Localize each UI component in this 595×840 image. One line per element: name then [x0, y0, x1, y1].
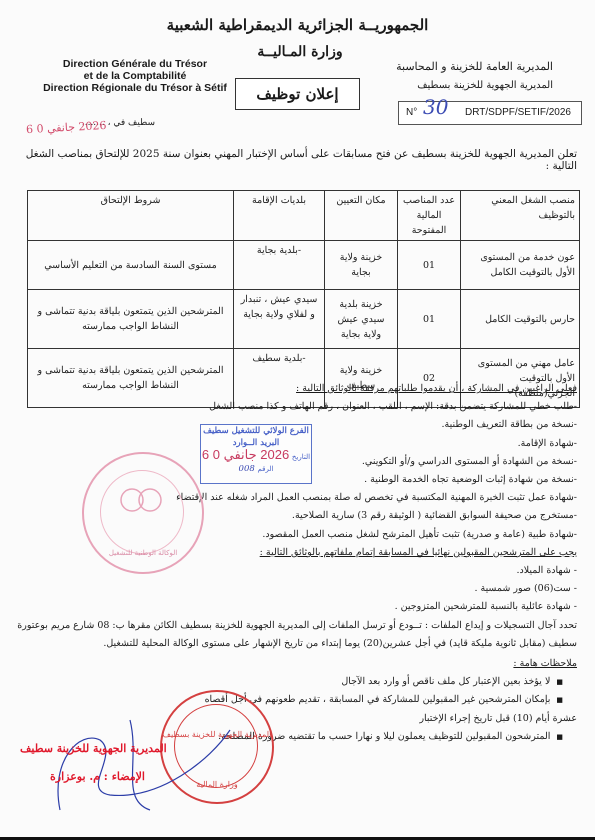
- document-page: الجمهوريــة الجزائرية الديمقراطية الشعبي…: [0, 0, 595, 840]
- reception-office: الفرع الولائي للتشغيل سطيف: [201, 425, 311, 437]
- announcement-title: إعلان توظيف: [235, 78, 360, 110]
- col-header-job: منصب الشغل المعني بالتوظيف: [461, 191, 580, 241]
- reception-num-label: الرقم: [257, 465, 273, 473]
- bullet-icon: [550, 731, 563, 742]
- fr-line-2: et de la Comptabilité: [20, 70, 250, 82]
- intro-paragraph: تعلن المديرية الجهوية للخزينة بسطيف عن ف…: [0, 148, 577, 172]
- table-row: عون خدمة من المستوى الأول بالتوقيت الكام…: [28, 241, 580, 290]
- note-text: لا يؤخذ بعين الإعتبار كل ملف ناقص أو وار…: [341, 676, 550, 687]
- agency-seal-stamp: الوكالة الوطنية للتشغيل: [82, 452, 204, 574]
- documents-heading: فعلى الراغبين في المشاركة ، أن يقدموا طل…: [17, 380, 577, 398]
- cell-conditions: المترشحين الذين يتمتعون بلياقة بدنية تتم…: [28, 290, 234, 349]
- fr-line-3: Direction Régionale du Trésor à Sétif: [20, 82, 250, 94]
- reception-date: 2026 جانفي 0 6: [202, 447, 289, 462]
- signature-name-stamp: الإمضاء : م. بوعزارة: [50, 770, 145, 783]
- signature-scribble-icon: [20, 700, 260, 820]
- table-header-row: منصب الشغل المعني بالتوظيف عدد المناصب ا…: [28, 191, 580, 241]
- bullet-icon: [550, 694, 563, 705]
- col-header-residence: بلديات الإقامة: [234, 191, 325, 241]
- bullet-icon: [550, 676, 563, 687]
- reception-date-label: التاريخ: [292, 453, 310, 461]
- ref-number-handwritten: 30: [423, 96, 448, 118]
- notes-heading: ملاحظات هامة :: [17, 655, 577, 673]
- col-header-conditions: شروط الإلتحاق: [28, 191, 234, 241]
- cell-count: 01: [398, 241, 461, 290]
- cell-conditions: مستوى السنة السادسة من التعليم الأساسي: [28, 241, 234, 290]
- republic-title: الجمهوريــة الجزائرية الديمقراطية الشعبي…: [0, 16, 595, 34]
- fr-line-1: Direction Générale du Trésor: [20, 58, 250, 70]
- document-item: -طلب خطي للمشاركة يتضمن بدقة: الإسم ، ال…: [17, 398, 577, 416]
- cell-place: خزينة ولاية بجاية: [325, 241, 398, 290]
- table-row: حارس بالتوقيت الكامل 01 خزينة بلدية سيدي…: [28, 290, 580, 349]
- reception-stamp: الفرع الولائي للتشغيل سطيف البريد الــوا…: [200, 424, 312, 484]
- col-header-count: عدد المناصب المالية المفتوحة: [398, 191, 461, 241]
- cell-residence: -بلدية بجاية: [234, 241, 325, 290]
- deadline-line-2: سطيف (مقابل ثانوية مليكة قايد) في أجل عش…: [17, 635, 577, 653]
- reception-date-row: التاريخ 2026 جانفي 0 6: [201, 449, 311, 463]
- deadline-line-1: تحدد آجال التسجيلات و إيداع الملفات : تـ…: [17, 617, 577, 635]
- cell-residence: سيدي عيش ، تنبدار و لفلاي ولاية بجاية: [234, 290, 325, 349]
- reception-num: 008: [239, 464, 255, 474]
- cell-job: حارس بالتوقيت الكامل: [461, 290, 580, 349]
- ministry-title: وزارة المـاليــة: [230, 44, 370, 60]
- arabic-dept-general: المديرية العامة للخزينة و المحاسبة: [396, 60, 553, 73]
- final-document-item: - ست(06) صور شمسية .: [17, 580, 577, 598]
- date-stamp: 2026 جانفي 0 6: [26, 119, 107, 136]
- reference-number-box: N° 30 DRT/SDPF/SETIF/2026: [398, 101, 582, 125]
- ref-code: DRT/SDPF/SETIF/2026: [465, 102, 571, 124]
- agency-seal-text: الوكالة الوطنية للتشغيل: [84, 549, 202, 557]
- positions-table: منصب الشغل المعني بالتوظيف عدد المناصب ا…: [27, 190, 580, 408]
- cell-place: خزينة بلدية سيدي عيش ولاية بجاية: [325, 290, 398, 349]
- cell-job: عون خدمة من المستوى الأول بالتوقيت الكام…: [461, 241, 580, 290]
- note-item: لا يؤخذ بعين الإعتبار كل ملف ناقص أو وار…: [17, 673, 563, 691]
- french-header: Direction Générale du Trésor et de la Co…: [20, 58, 250, 94]
- reception-num-row: الرقم 008: [201, 463, 311, 475]
- arabic-dept-regional: المديرية الجهوية للخزينة بسطيف: [417, 80, 553, 91]
- signature-title-stamp: المديرية الجهوية للخزينة سطيف: [20, 742, 167, 755]
- final-document-item: - شهادة عائلية بالنسبة للمترشحين المتزوج…: [17, 598, 577, 616]
- col-header-place: مكان التعيين: [325, 191, 398, 241]
- cell-count: 01: [398, 290, 461, 349]
- ref-prefix: N°: [406, 102, 417, 124]
